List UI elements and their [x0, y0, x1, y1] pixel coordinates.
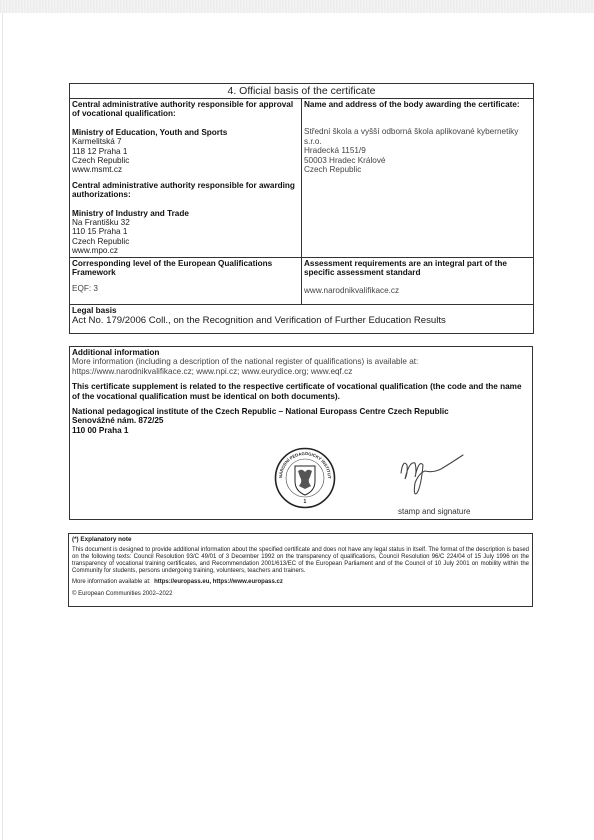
awarding-body-city: 50003 Hradec Králové — [304, 156, 531, 165]
more-info-label: More information available at: — [72, 579, 151, 585]
eqf-value: EQF: 3 — [72, 284, 299, 293]
svg-text:1: 1 — [304, 499, 307, 505]
additional-info-table: Additional information More information … — [69, 346, 533, 520]
authorization-authority-heading: Central administrative authority respons… — [72, 181, 299, 200]
more-info-links[interactable]: https://europass.eu, https://www.europas… — [154, 579, 283, 585]
additional-info-line1: More information (including a descriptio… — [72, 357, 530, 366]
assessment-heading: Assessment requirements are an integral … — [304, 259, 531, 278]
authorization-authority-city: 110 15 Praha 1 — [72, 227, 299, 236]
section-title: 4. Official basis of the certificate — [70, 84, 534, 99]
additional-info-cell: Additional information More information … — [70, 347, 533, 520]
authorization-authority-name: Ministry of Industry and Trade — [72, 209, 299, 218]
issuer-street: Senovážné nám. 872/25 — [72, 416, 530, 425]
issuer-name: National pedagogical institute of the Cz… — [72, 407, 530, 416]
supplement-relation-note: This certificate supplement is related t… — [72, 382, 530, 401]
approval-authority-name: Ministry of Education, Youth and Sports — [72, 128, 299, 137]
awarding-body-street: Hradecká 1151/9 — [304, 146, 531, 155]
approval-authority-heading: Central administrative authority respons… — [72, 100, 299, 119]
additional-info-links[interactable]: https://www.narodnikvalifikace.cz; www.n… — [72, 367, 530, 376]
more-info-row: More information available at: https://e… — [72, 579, 529, 586]
explanatory-note-body: This document is designed to provide add… — [72, 547, 529, 575]
explanatory-note-title: (*) Explanatory note — [72, 536, 529, 543]
approval-authority-website: www.msmt.cz — [72, 165, 299, 174]
awarding-body-heading: Name and address of the body awarding th… — [304, 100, 531, 109]
approval-authority-country: Czech Republic — [72, 156, 299, 165]
signature-icon — [393, 443, 473, 499]
legal-basis-heading: Legal basis — [72, 306, 531, 315]
eqf-heading: Corresponding level of the European Qual… — [72, 259, 299, 278]
page-left-edge — [2, 13, 3, 840]
authorization-authority-country: Czech Republic — [72, 237, 299, 246]
authorization-authority-street: Na Františku 32 — [72, 218, 299, 227]
approval-authority-street: Karmelitská 7 — [72, 137, 299, 146]
explanatory-note-box: (*) Explanatory note This document is de… — [68, 533, 533, 607]
eqf-cell: Corresponding level of the European Qual… — [70, 257, 302, 304]
authorities-cell: Central administrative authority respons… — [70, 99, 302, 258]
assessment-link[interactable]: www.narodnikvalifikace.cz — [304, 286, 531, 295]
awarding-body-legal-form: s.r.o. — [304, 137, 531, 146]
awarding-body-cell: Name and address of the body awarding th… — [302, 99, 534, 258]
copyright-notice: © European Communities 2002–2022 — [72, 591, 529, 598]
legal-basis-cell: Legal basis Act No. 179/2006 Coll., on t… — [70, 304, 534, 333]
page-top-edge — [0, 0, 594, 13]
awarding-body-country: Czech Republic — [304, 165, 531, 174]
official-basis-table: 4. Official basis of the certificate Cen… — [69, 83, 534, 334]
assessment-cell: Assessment requirements are an integral … — [302, 257, 534, 304]
issuer-city: 110 00 Praha 1 — [72, 426, 530, 435]
official-seal-icon: NÁRODNÍ PEDAGOGICKÝ INSTITUT ČESKÉ REPUB… — [274, 447, 336, 509]
approval-authority-city: 118 12 Praha 1 — [72, 147, 299, 156]
stamp-and-signature-label: stamp and signature — [398, 507, 471, 516]
awarding-body-name: Střední škola a vyšší odborná škola apli… — [304, 127, 531, 136]
additional-info-heading: Additional information — [72, 348, 530, 357]
legal-basis-text: Act No. 179/2006 Coll., on the Recogniti… — [72, 315, 531, 326]
explanatory-note-cell: (*) Explanatory note This document is de… — [69, 534, 533, 607]
authorization-authority-website: www.mpo.cz — [72, 246, 299, 255]
